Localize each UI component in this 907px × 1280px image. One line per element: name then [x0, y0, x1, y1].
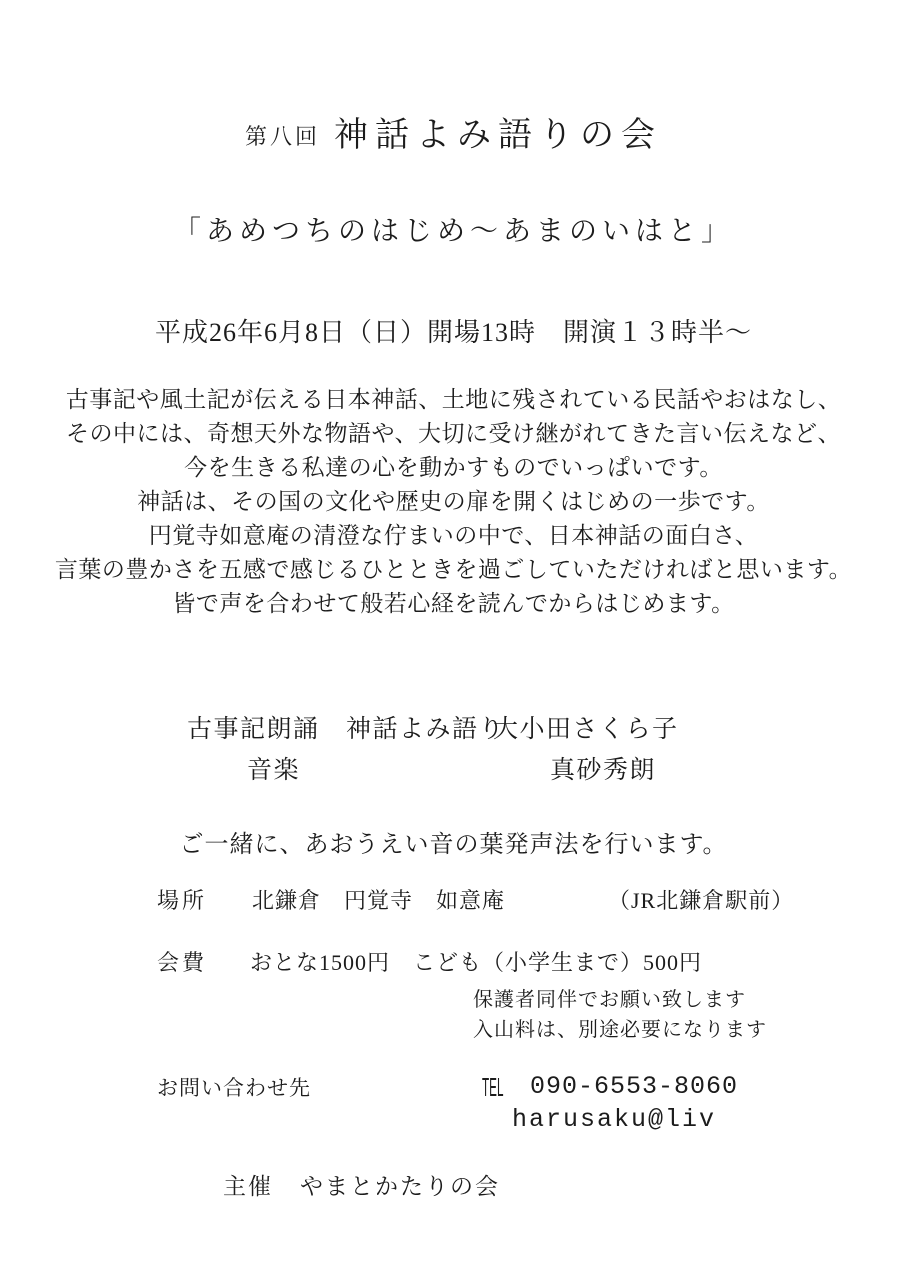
intro-line: 言葉の豊かさを五感で感じるひとときを過ごしていただければと思います。	[0, 553, 907, 587]
performer-name: 大小田さくら子	[493, 709, 679, 745]
page-title: 第八回神話よみ語りの会	[0, 110, 907, 168]
contact-row: お問い合わせ先 TEL 090-6553-8060	[0, 1072, 907, 1104]
intro-line: 今を生きる私達の心を動かすものでいっぱいです。	[0, 451, 907, 485]
venue-label: 場所	[157, 884, 207, 915]
performer-row: 音楽 真砂秀朗	[0, 750, 907, 782]
performer-role: 古事記朗誦 神話よみ語り	[187, 709, 505, 745]
flyer-page: 第八回神話よみ語りの会 「あめつちのはじめ～あまのいはと」 平成26年6月8日（…	[0, 0, 907, 1280]
performer-role: 音楽	[247, 750, 300, 786]
tel-number: 090-6553-8060	[530, 1072, 738, 1101]
intro-line: 円覚寺如意庵の清澄な佇まいの中で、日本神話の面白さ、	[0, 519, 907, 553]
organizer-name: やまとかたりの会	[300, 1168, 500, 1201]
fee-note: 保護者同伴でお願い致します	[473, 983, 746, 1012]
fee-value: おとな1500円 こども（小学生まで）500円	[250, 946, 702, 977]
venue-note: （JR北鎌倉駅前）	[608, 884, 794, 915]
intro-paragraph: 古事記や風土記が伝える日本神話、土地に残されている民話やおはなし、 その中には、…	[0, 383, 907, 621]
fee-row: 会費 おとな1500円 こども（小学生まで）500円	[0, 946, 907, 976]
event-edition: 第八回	[245, 124, 320, 149]
voice-practice-note: ご一緒に、あおうえい音の葉発声法を行います。	[0, 824, 907, 859]
fee-note: 入山料は、別途必要になります	[473, 1013, 767, 1042]
venue-value: 北鎌倉 円覚寺 如意庵	[252, 884, 505, 915]
organizer-label: 主催	[223, 1168, 273, 1201]
intro-line: その中には、奇想天外な物語や、大切に受け継がれてきた言い伝えなど、	[0, 417, 907, 451]
intro-line: 皆で声を合わせて般若心経を読んでからはじめます。	[0, 587, 907, 621]
venue-row: 場所 北鎌倉 円覚寺 如意庵 （JR北鎌倉駅前）	[0, 884, 907, 914]
organizer-row: 主催 やまとかたりの会	[0, 1168, 907, 1198]
fee-label: 会費	[157, 946, 207, 977]
performer-name: 真砂秀朗	[550, 750, 656, 786]
contact-email: harusaku@liv	[512, 1105, 716, 1134]
event-datetime: 平成26年6月8日（日）開場13時 開演１３時半～	[0, 312, 907, 349]
performer-row: 古事記朗誦 神話よみ語り 大小田さくら子	[0, 709, 907, 741]
event-title: 神話よみ語りの会	[334, 117, 662, 154]
contact-label: お問い合わせ先	[157, 1072, 311, 1102]
intro-line: 神話は、その国の文化や歴史の扉を開くはじめの一歩です。	[0, 485, 907, 519]
event-subtitle: 「あめつちのはじめ～あまのいはと」	[0, 209, 907, 249]
intro-line: 古事記や風土記が伝える日本神話、土地に残されている民話やおはなし、	[0, 383, 907, 417]
tel-label: TEL	[482, 1072, 503, 1103]
